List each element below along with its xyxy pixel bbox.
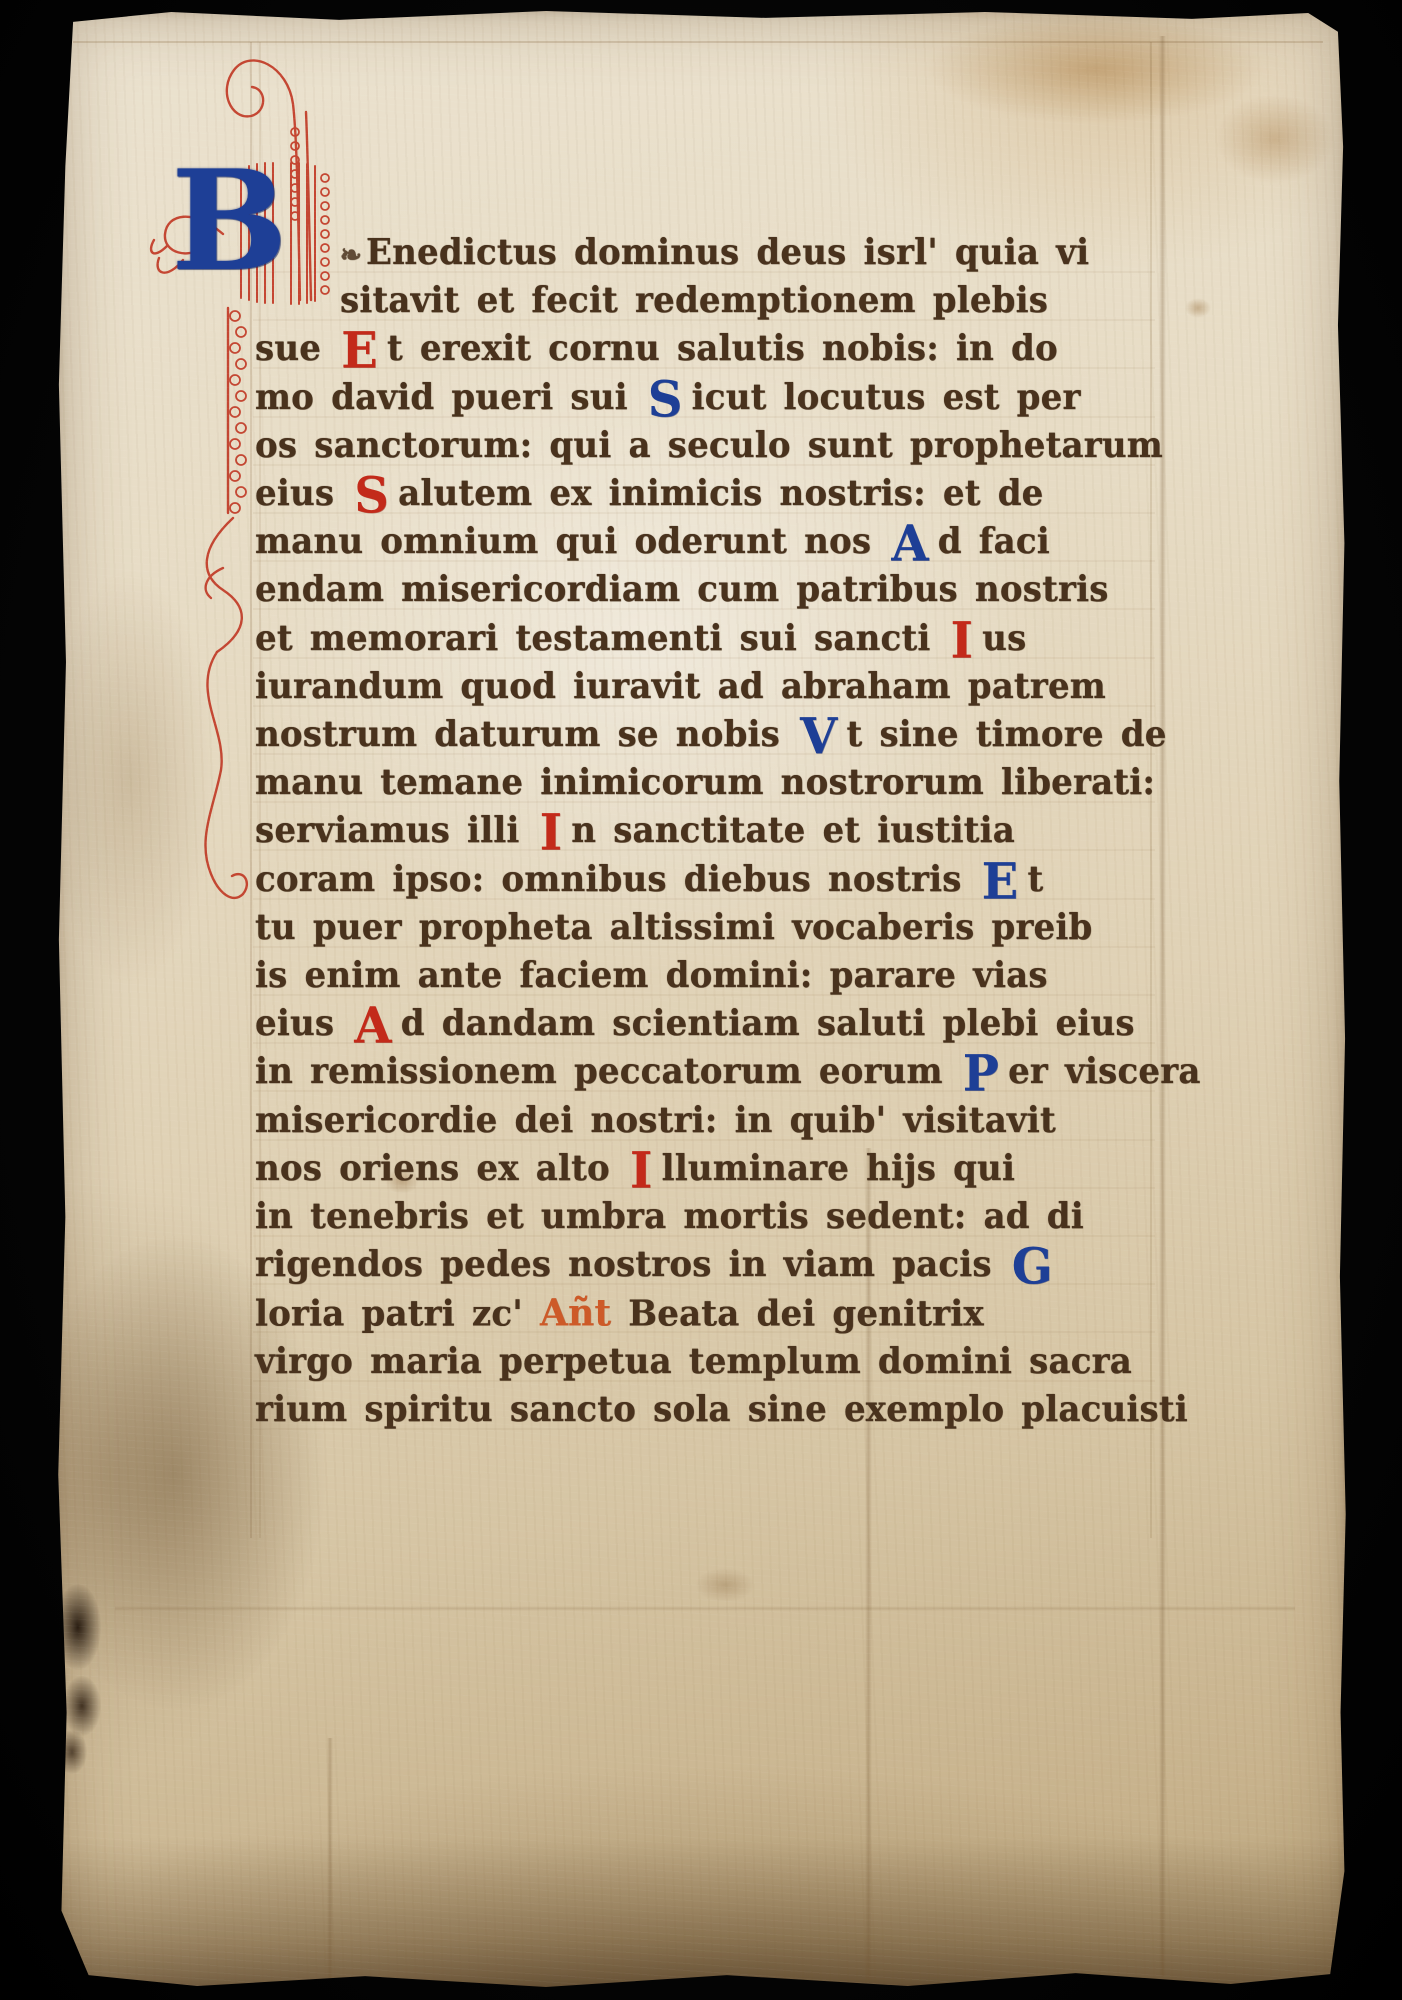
text-line: et memorari testamenti sui sancti Ius (255, 618, 1026, 666)
colored-initial: V (800, 708, 837, 766)
text-line: nostrum daturum se nobis Vt sine timore … (255, 714, 1167, 762)
text-line: is enim ante faciem domini: parare vias (255, 955, 1048, 1003)
body-text: nostrum daturum se nobis (255, 714, 797, 756)
body-text: nos oriens ex alto (255, 1148, 627, 1190)
text-line: sitavit et fecit redemptionem plebis (340, 280, 1048, 328)
colored-initial: E (341, 322, 378, 380)
body-text: serviamus illi (255, 810, 537, 852)
text-line: in tenebris et umbra mortis sedent: ad d… (255, 1196, 1084, 1244)
body-text: in remissionem peccatorum eorum (255, 1051, 960, 1093)
text-line: nos oriens ex alto Illuminare hijs qui (255, 1148, 1015, 1196)
body-text: t erexit cornu salutis nobis: in do (387, 328, 1058, 370)
body-text: er viscera (1008, 1051, 1200, 1093)
body-text: n sanctitate et iustitia (571, 810, 1015, 852)
body-text: manu omnium qui oderunt nos (255, 521, 888, 563)
body-text: us (982, 618, 1026, 660)
illuminated-initial-b: B (171, 146, 321, 306)
colored-initial: I (540, 804, 563, 862)
body-text: alutem ex inimicis nostris: et de (398, 473, 1043, 515)
body-text: d dandam scientiam saluti plebi eius (401, 1003, 1135, 1045)
body-text: manu temane inimicorum nostrorum liberat… (255, 762, 1155, 804)
text-line: ❧Enedictus dominus deus isrl' quia vi (340, 232, 1089, 280)
text-line: virgo maria perpetua templum domini sacr… (255, 1341, 1132, 1389)
text-line: mo david pueri sui Sicut locutus est per (255, 377, 1081, 425)
text-line: manu temane inimicorum nostrorum liberat… (255, 762, 1155, 810)
body-text: os sanctorum: qui a seculo sunt propheta… (255, 425, 1163, 467)
body-text: sitavit et fecit redemptionem plebis (340, 280, 1048, 322)
rubric-antiphon: Añt (540, 1291, 611, 1335)
colored-initial: S (354, 467, 389, 525)
body-text: tu puer propheta altissimi vocaberis pre… (255, 907, 1092, 949)
body-text: eius (255, 1003, 351, 1045)
body-text: et memorari testamenti sui sancti (255, 618, 948, 660)
body-text: misericordie dei nostri: in quib' visita… (255, 1100, 1056, 1142)
text-line: eius Salutem ex inimicis nostris: et de (255, 473, 1044, 521)
body-text: Beata dei genitrix (611, 1293, 984, 1335)
text-line: manu omnium qui oderunt nos Ad faci (255, 521, 1050, 569)
photo-background: B ❧Enedictus dominus deus isrl' quia vis… (0, 0, 1402, 2000)
text-line: endam misericordiam cum patribus nostris (255, 569, 1109, 617)
body-text: t sine timore de (847, 714, 1167, 756)
body-text: is enim ante faciem domini: parare vias (255, 955, 1048, 997)
body-text: t (1027, 859, 1043, 901)
colored-initial: A (891, 515, 928, 573)
body-text: coram ipso: omnibus diebus nostris (255, 859, 979, 901)
colored-initial: I (951, 612, 974, 670)
body-text: d faci (938, 521, 1050, 563)
body-text: sue (255, 328, 338, 370)
text-line: tu puer propheta altissimi vocaberis pre… (255, 907, 1092, 955)
body-text: Enedictus dominus deus isrl' quia vi (366, 232, 1089, 274)
text-line: sue Et erexit cornu salutis nobis: in do (255, 328, 1058, 376)
colored-initial: I (630, 1142, 653, 1200)
text-line: loria patri zc' Añt Beata dei genitrix (255, 1292, 984, 1340)
body-text: endam misericordiam cum patribus nostris (255, 569, 1109, 611)
body-text: iurandum quod iuravit ad abraham patrem (255, 666, 1106, 708)
text-line: os sanctorum: qui a seculo sunt propheta… (255, 425, 1163, 473)
body-text: rium spiritu sancto sola sine exemplo pl… (255, 1389, 1188, 1431)
text-line: iurandum quod iuravit ad abraham patrem (255, 666, 1106, 714)
colored-initial: E (982, 853, 1019, 911)
colored-initial: P (963, 1045, 999, 1103)
text-line: in remissionem peccatorum eorum Per visc… (255, 1051, 1201, 1099)
body-text: eius (255, 473, 351, 515)
ink-flourish: ❧ (340, 240, 362, 271)
body-text: mo david pueri sui (255, 377, 645, 419)
body-text: in tenebris et umbra mortis sedent: ad d… (255, 1196, 1084, 1238)
manuscript-leaf: B ❧Enedictus dominus deus isrl' quia vis… (55, 8, 1347, 1990)
body-text: virgo maria perpetua templum domini sacr… (255, 1341, 1132, 1383)
body-text: rigendos pedes nostros in viam pacis (255, 1244, 1009, 1286)
text-line: serviamus illi In sanctitate et iustitia (255, 810, 1015, 858)
text-line: coram ipso: omnibus diebus nostris Et (255, 859, 1043, 907)
text-line: rigendos pedes nostros in viam pacis G (255, 1244, 1062, 1292)
text-line: rium spiritu sancto sola sine exemplo pl… (255, 1389, 1188, 1437)
colored-initial: S (648, 371, 683, 429)
body-text: loria patri zc' (255, 1293, 540, 1335)
colored-initial: G (1012, 1238, 1053, 1296)
body-text: icut locutus est per (692, 377, 1081, 419)
colored-initial: A (354, 997, 391, 1055)
text-line: misericordie dei nostri: in quib' visita… (255, 1100, 1056, 1148)
text-line: eius Ad dandam scientiam saluti plebi ei… (255, 1003, 1135, 1051)
body-text: lluminare hijs qui (662, 1148, 1016, 1190)
